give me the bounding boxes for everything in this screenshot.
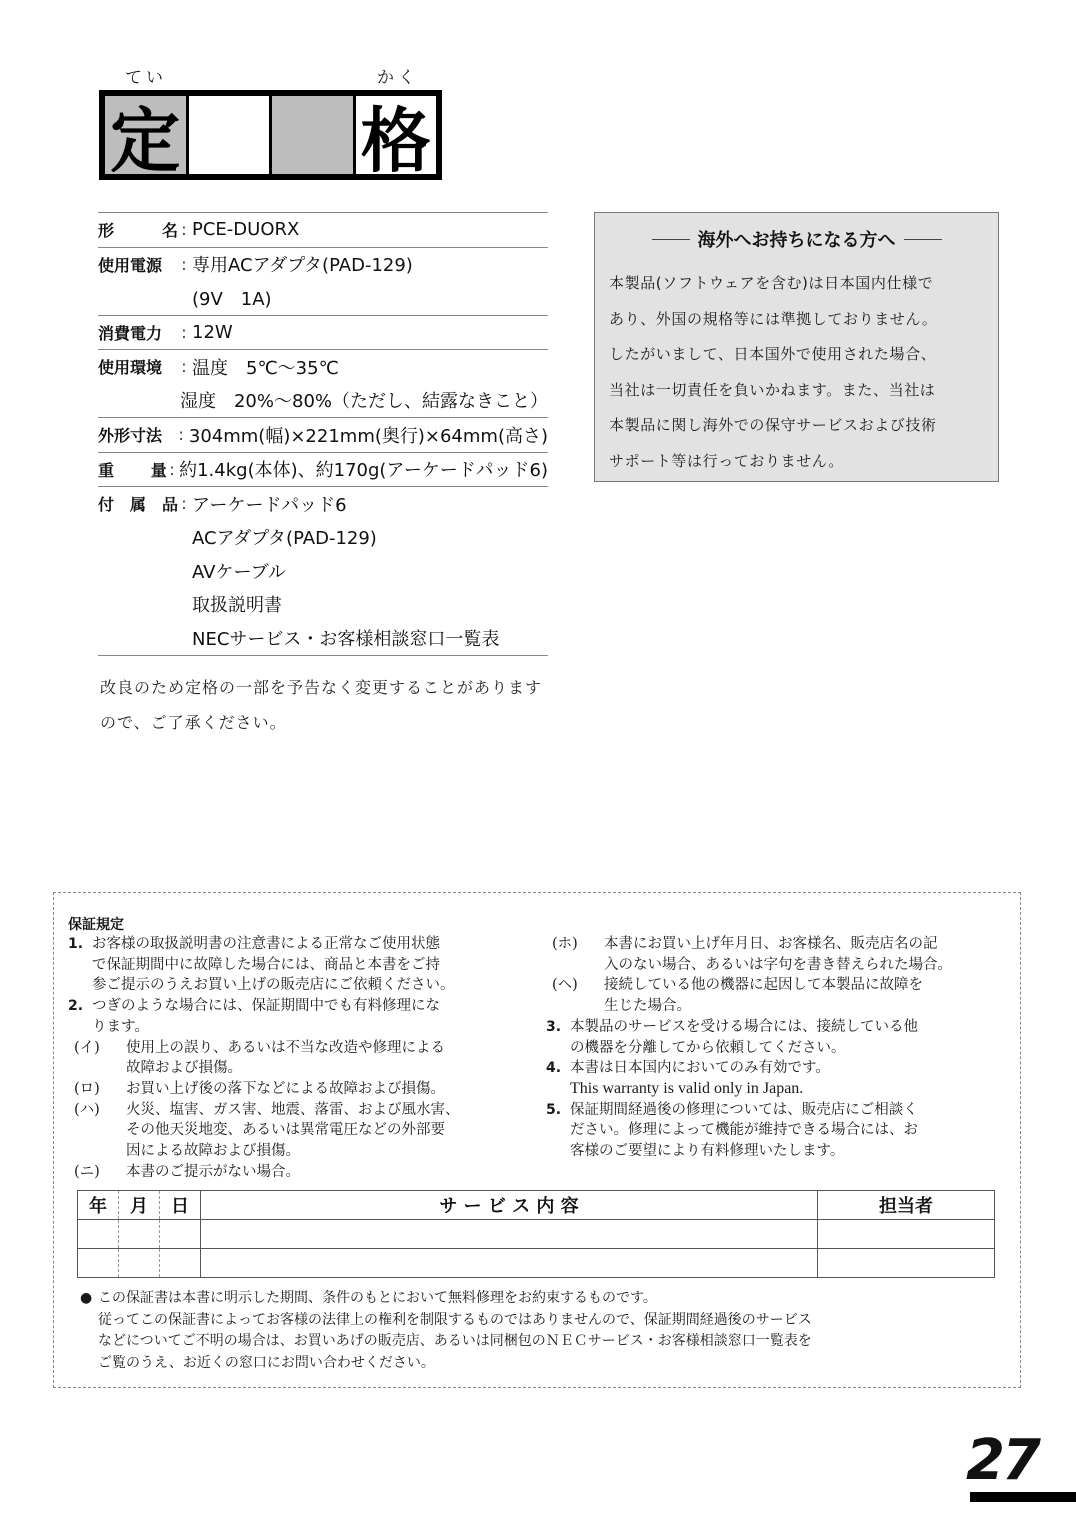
page-title: 定 格 xyxy=(99,90,442,180)
overseas-line: 本製品(ソフトウェアを含む)は日本国内仕様で xyxy=(609,266,998,302)
spec-line: 湿度 20%〜80%（ただし、結露なきこと） xyxy=(98,384,548,418)
clause-line: 因による故障および損傷。 xyxy=(126,1141,460,1162)
spec-value: ACアダプタ(PAD-129) xyxy=(190,524,377,550)
footer-line-text: この保証書は本書に明示した期間、条件のもとにおいて無料修理をお約束するものです。 xyxy=(98,1290,657,1306)
clause-text: 使用上の誤り、あるいは不当な改造や修理による故障および損傷。 xyxy=(126,1038,445,1079)
warranty-clause: 2.つぎのような場合には、保証期間中でも有料修理になります。 xyxy=(68,996,538,1037)
page-number: 27 xyxy=(966,1428,1038,1493)
warranty-footer-note: ●この保証書は本書に明示した期間、条件のもとにおいて無料修理をお約束するものです… xyxy=(80,1288,1010,1374)
bullet-icon: ● xyxy=(80,1288,98,1310)
overseas-line: 当社は一切責任を負いかねます。また、当社は xyxy=(609,373,998,409)
clause-text: お買い上げ後の落下などによる故障および損傷。 xyxy=(126,1079,445,1100)
spec-value: NECサービス・お客様相談窓口一覧表 xyxy=(190,625,499,651)
spec-label: 付属品 xyxy=(98,492,178,515)
spec-value: PCE-DUORX xyxy=(190,219,299,240)
clause-number: 4. xyxy=(546,1058,570,1099)
clause-text: 本書にお買い上げ年月日、お客様名、販売店名の記入のない場合、あるいは字句を書き替… xyxy=(604,934,952,975)
overseas-line: 本製品に関し海外での保守サービスおよび技術 xyxy=(609,408,998,444)
spec-label-part: 量 xyxy=(151,458,167,481)
spec-row: 形名:PCE-DUORX xyxy=(98,212,548,247)
clause-line: 参ご提示のうえお買い上げの販売店にご依頼ください。 xyxy=(92,975,455,996)
clause-line: お買い上げ後の落下などによる故障および損傷。 xyxy=(126,1079,445,1100)
cell-staff xyxy=(818,1220,995,1249)
spec-label: 外形寸法 xyxy=(98,423,175,446)
spec-label-part: 使用環境 xyxy=(98,355,162,378)
warranty-subclause: (ホ)本書にお買い上げ年月日、お客様名、販売店名の記入のない場合、あるいは字句を… xyxy=(546,934,1006,975)
overseas-line: したがいまして、日本国外で使用された場合、 xyxy=(609,337,998,373)
cell-service xyxy=(201,1249,818,1278)
clause-number: 5. xyxy=(546,1100,570,1162)
cell-day xyxy=(160,1220,201,1249)
spec-label: 形名 xyxy=(98,218,178,241)
spec-value: アーケードパッド6 xyxy=(190,491,347,517)
title-char-left: 定 xyxy=(105,96,186,174)
overseas-body: 本製品(ソフトウェアを含む)は日本国内仕様であり、外国の規格等には準拠しておりま… xyxy=(609,266,998,479)
divider xyxy=(652,239,690,240)
table-row xyxy=(78,1249,995,1278)
spec-value: 取扱説明書 xyxy=(190,591,282,617)
clause-text: 本製品のサービスを受ける場合には、接続している他の機器を分離してから依頼してくだ… xyxy=(570,1017,918,1058)
title-char-right: 格 xyxy=(356,96,437,174)
spec-colon: : xyxy=(175,425,187,444)
footer-line: ●この保証書は本書に明示した期間、条件のもとにおいて無料修理をお約束するものです… xyxy=(80,1288,1010,1310)
header-year: 年 xyxy=(78,1191,119,1220)
cell-service xyxy=(201,1220,818,1249)
service-record-table: 年 月 日 サ ー ビ ス 内 容 担当者 xyxy=(77,1190,995,1278)
spec-row: 付属品:アーケードパッド6ACアダプタ(PAD-129)AVケーブル取扱説明書N… xyxy=(98,486,548,656)
clause-line: つぎのような場合には、保証期間中でも有料修理にな xyxy=(92,996,440,1017)
page-number-underline xyxy=(970,1492,1076,1502)
spec-line: (9V 1A) xyxy=(98,281,548,315)
spec-colon: : xyxy=(178,323,190,342)
clause-number: (ホ) xyxy=(552,934,604,975)
warranty-subclause: (ニ)本書のご提示がない場合。 xyxy=(68,1162,538,1183)
spec-label-part: 外形寸法 xyxy=(98,423,162,446)
spec-value: 湿度 20%〜80%（ただし、結露なきこと） xyxy=(178,387,548,413)
cell-year xyxy=(78,1249,119,1278)
clause-line: 保証期間経過後の修理については、販売店にご相談く xyxy=(570,1100,918,1121)
clause-line: 客様のご要望により有料修理いたします。 xyxy=(570,1141,918,1162)
warranty-clause: 5.保証期間経過後の修理については、販売店にご相談ください。修理によって機能が維… xyxy=(546,1100,1006,1162)
cell-month xyxy=(119,1220,160,1249)
spec-line: 使用電源:専用ACアダプタ(PAD-129) xyxy=(98,248,548,282)
clause-number: (ニ) xyxy=(74,1162,126,1183)
spec-line: 重量:約1.4kg(本体)、約170g(アーケードパッド6) xyxy=(98,453,548,487)
spec-row: 使用電源:専用ACアダプタ(PAD-129)(9V 1A) xyxy=(98,247,548,315)
clause-line: 接続している他の機器に起因して本製品に故障を xyxy=(604,975,923,996)
overseas-heading-text: 海外へお持ちになる方へ xyxy=(698,226,896,252)
warranty-terms-left: 1.お客様の取扱説明書の注意書による正常なご使用状態で保証期間中に故障した場合に… xyxy=(68,934,538,1182)
cell-year xyxy=(78,1220,119,1249)
spec-value: (9V 1A) xyxy=(190,285,272,311)
footer-line: などについてご不明の場合は、お買いあげの販売店、あるいは同梱包のＮＥＣサービス・… xyxy=(80,1331,1010,1353)
spec-label-part: 品 xyxy=(162,492,178,515)
clause-text: お客様の取扱説明書の注意書による正常なご使用状態で保証期間中に故障した場合には、… xyxy=(92,934,455,996)
footer-line: 従ってこの保証書によってお客様の法律上の権利を制限するものではありませんので、保… xyxy=(80,1310,1010,1332)
clause-number: (イ) xyxy=(74,1038,126,1079)
spec-label: 使用環境 xyxy=(98,355,178,378)
clause-number: (ヘ) xyxy=(552,975,604,1016)
cell-day xyxy=(160,1249,201,1278)
spec-colon: : xyxy=(167,460,177,479)
spec-label-part: 名 xyxy=(162,218,178,241)
spec-line: 取扱説明書 xyxy=(98,588,548,622)
spec-label-part: 形 xyxy=(98,218,114,241)
spec-label-part: 重 xyxy=(98,458,114,481)
spec-label-part: 消費電力 xyxy=(98,321,162,344)
spec-value: AVケーブル xyxy=(190,558,286,584)
clause-line: 故障および損傷。 xyxy=(126,1058,445,1079)
cell-month xyxy=(119,1249,160,1278)
clause-line: で保証期間中に故障した場合には、商品と本書をご持 xyxy=(92,955,455,976)
clause-line: お客様の取扱説明書の注意書による正常なご使用状態 xyxy=(92,934,455,955)
clause-number: (ロ) xyxy=(74,1079,126,1100)
clause-text: つぎのような場合には、保証期間中でも有料修理になります。 xyxy=(92,996,440,1037)
warranty-clause: 4.本書は日本国内においてのみ有効です。This warranty is val… xyxy=(546,1058,1006,1099)
divider xyxy=(904,239,942,240)
overseas-line: あり、外国の規格等には準拠しておりません。 xyxy=(609,302,998,338)
header-month: 月 xyxy=(119,1191,160,1220)
cell-staff xyxy=(818,1249,995,1278)
overseas-notice-box: 海外へお持ちになる方へ 本製品(ソフトウェアを含む)は日本国内仕様であり、外国の… xyxy=(594,212,999,482)
spec-line: AVケーブル xyxy=(98,554,548,588)
spec-colon: : xyxy=(178,494,190,513)
warranty-clause: 1.お客様の取扱説明書の注意書による正常なご使用状態で保証期間中に故障した場合に… xyxy=(68,934,538,996)
warranty-subclause: (イ)使用上の誤り、あるいは不当な改造や修理による故障および損傷。 xyxy=(68,1038,538,1079)
clause-text: 保証期間経過後の修理については、販売店にご相談ください。修理によって機能が維持で… xyxy=(570,1100,918,1162)
spec-line: 消費電力:12W xyxy=(98,316,548,350)
spec-value: 約1.4kg(本体)、約170g(アーケードパッド6) xyxy=(177,456,548,482)
spec-line: 付属品:アーケードパッド6 xyxy=(98,487,548,521)
warranty-subclause: (ハ)火災、塩害、ガス害、地震、落雷、および風水害、その他天災地変、あるいは異常… xyxy=(68,1100,538,1162)
clause-line: 本書は日本国内においてのみ有効です。 xyxy=(570,1058,830,1079)
clause-line: 火災、塩害、ガス害、地震、落雷、および風水害、 xyxy=(126,1100,460,1121)
clause-number: 3. xyxy=(546,1017,570,1058)
header-staff: 担当者 xyxy=(818,1191,995,1220)
spec-label: 使用電源 xyxy=(98,253,178,276)
spec-colon: : xyxy=(178,255,190,274)
clause-line: ります。 xyxy=(92,1017,440,1038)
clause-number: (ハ) xyxy=(74,1100,126,1162)
clause-text: 接続している他の機器に起因して本製品に故障を生じた場合。 xyxy=(604,975,923,1016)
spec-label: 重量 xyxy=(98,458,167,481)
spec-table: 形名:PCE-DUORX使用電源:専用ACアダプタ(PAD-129)(9V 1A… xyxy=(98,212,548,656)
clause-line: 入のない場合、あるいは字句を書き替えられた場合。 xyxy=(604,955,952,976)
spec-row: 使用環境:温度 5℃〜35℃湿度 20%〜80%（ただし、結露なきこと） xyxy=(98,349,548,417)
spec-label-part: 付 xyxy=(98,492,114,515)
spec-value: 304mm(幅)×221mm(奥行)×64mm(高さ) xyxy=(187,422,548,448)
header-day: 日 xyxy=(160,1191,201,1220)
clause-text: 本書のご提示がない場合。 xyxy=(126,1162,300,1183)
spec-value: 温度 5℃〜35℃ xyxy=(190,354,339,380)
title-blank-gray xyxy=(272,96,353,174)
warranty-title: 保証規定 xyxy=(68,914,124,934)
warranty-subclause: (ロ)お買い上げ後の落下などによる故障および損傷。 xyxy=(68,1079,538,1100)
warranty-terms-right: (ホ)本書にお買い上げ年月日、お客様名、販売店名の記入のない場合、あるいは字句を… xyxy=(546,934,1006,1162)
spec-row: 重量:約1.4kg(本体)、約170g(アーケードパッド6) xyxy=(98,452,548,487)
spec-line: 形名:PCE-DUORX xyxy=(98,213,548,247)
spec-line: 使用環境:温度 5℃〜35℃ xyxy=(98,350,548,384)
table-row xyxy=(78,1220,995,1249)
clause-english: This warranty is valid only in Japan. xyxy=(570,1079,830,1100)
spec-row: 外形寸法:304mm(幅)×221mm(奥行)×64mm(高さ) xyxy=(98,417,548,452)
overseas-heading: 海外へお持ちになる方へ xyxy=(595,226,998,252)
spec-label-part: 使用電源 xyxy=(98,253,162,276)
clause-line: 使用上の誤り、あるいは不当な改造や修理による xyxy=(126,1038,445,1059)
clause-line: 本書のご提示がない場合。 xyxy=(126,1162,300,1183)
clause-line: 本製品のサービスを受ける場合には、接続している他 xyxy=(570,1017,918,1038)
clause-line: ださい。修理によって機能が維持できる場合には、お xyxy=(570,1120,918,1141)
change-notice: 改良のため定格の一部を予告なく変更することがありますので、ご了承ください。 xyxy=(100,670,555,740)
overseas-line: サポート等は行っておりません。 xyxy=(609,444,998,480)
spec-line: ACアダプタ(PAD-129) xyxy=(98,521,548,555)
warranty-clause: 3.本製品のサービスを受ける場合には、接続している他の機器を分離してから依頼して… xyxy=(546,1017,1006,1058)
footer-line: ご覧のうえ、お近くの窓口にお問い合わせください。 xyxy=(80,1353,1010,1375)
table-header-row: 年 月 日 サ ー ビ ス 内 容 担当者 xyxy=(78,1191,995,1220)
clause-line: その他天災地変、あるいは異常電圧などの外部要 xyxy=(126,1120,460,1141)
header-service-content: サ ー ビ ス 内 容 xyxy=(201,1191,818,1220)
spec-colon: : xyxy=(178,220,190,239)
warranty-subclause: (ヘ)接続している他の機器に起因して本製品に故障を生じた場合。 xyxy=(546,975,1006,1016)
spec-label: 消費電力 xyxy=(98,321,178,344)
title-blank-white xyxy=(189,96,270,174)
clause-text: 本書は日本国内においてのみ有効です。This warranty is valid… xyxy=(570,1058,830,1099)
spec-colon: : xyxy=(178,357,190,376)
clause-text: 火災、塩害、ガス害、地震、落雷、および風水害、その他天災地変、あるいは異常電圧な… xyxy=(126,1100,460,1162)
clause-line: 本書にお買い上げ年月日、お客様名、販売店名の記 xyxy=(604,934,952,955)
clause-line: の機器を分離してから依頼してください。 xyxy=(570,1038,918,1059)
spec-value: 専用ACアダプタ(PAD-129) xyxy=(190,251,413,277)
clause-line: 生じた場合。 xyxy=(604,996,923,1017)
spec-line: 外形寸法:304mm(幅)×221mm(奥行)×64mm(高さ) xyxy=(98,418,548,452)
spec-row: 消費電力:12W xyxy=(98,315,548,350)
spec-line: NECサービス・お客様相談窓口一覧表 xyxy=(98,621,548,655)
spec-label-part: 属 xyxy=(130,492,146,515)
clause-number: 1. xyxy=(68,934,92,996)
clause-number: 2. xyxy=(68,996,92,1037)
spec-value: 12W xyxy=(190,322,233,343)
